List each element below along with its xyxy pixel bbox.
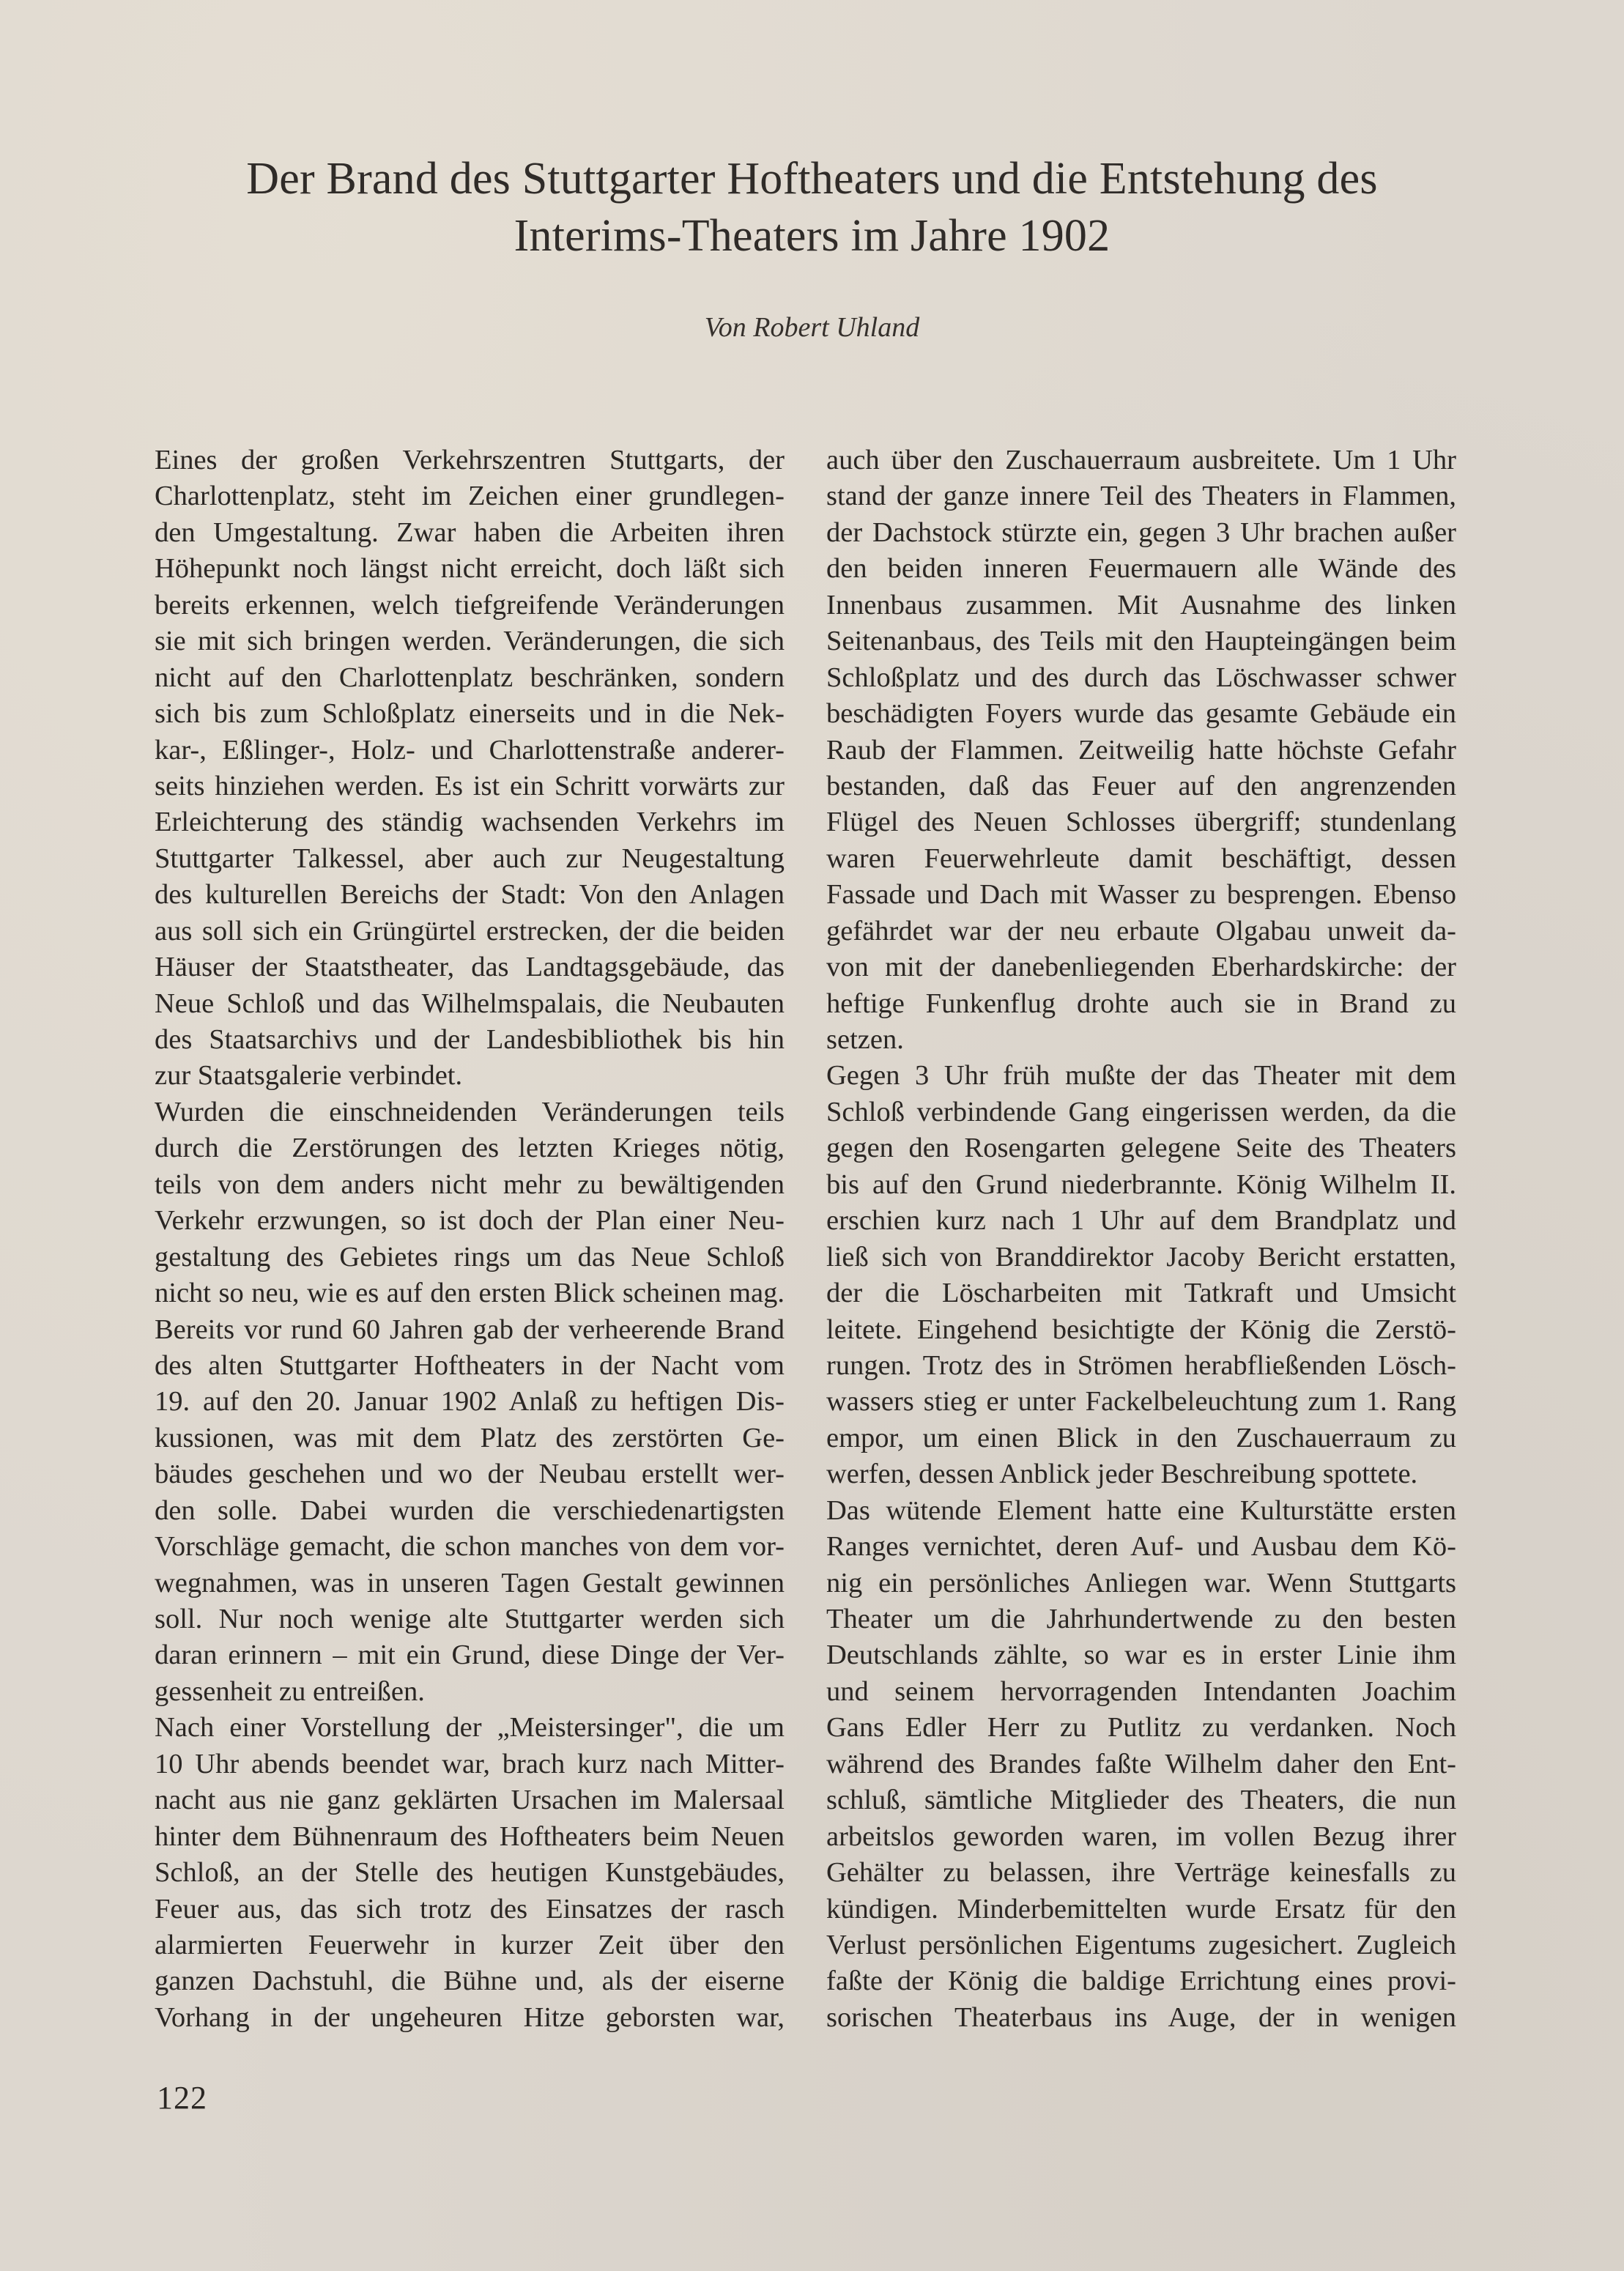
- text-line: Vorschläge gemacht, die schon manches vo…: [155, 1529, 785, 1565]
- text-line: gessenheit zu entreißen.: [155, 1674, 785, 1710]
- text-line: Häuser der Staatstheater, das Landtagsge…: [155, 949, 785, 985]
- text-line: nacht aus nie ganz geklärten Ursachen im…: [155, 1782, 785, 1818]
- left-text-column: Eines der großen Verkehrszentren Stuttga…: [155, 442, 785, 2036]
- text-line: Raub der Flammen. Zeitweilig hatte höchs…: [826, 733, 1456, 768]
- text-line: ganzen Dachstuhl, die Bühne und, als der…: [155, 1963, 785, 1999]
- text-line: Charlottenplatz, steht im Zeichen einer …: [155, 478, 785, 514]
- text-line: soll. Nur noch wenige alte Stuttgarter w…: [155, 1601, 785, 1637]
- text-line: schluß, sämtliche Mitglieder des Theater…: [826, 1782, 1456, 1818]
- text-line: Ranges vernichtet, deren Auf- und Ausbau…: [826, 1529, 1456, 1565]
- text-line: wegnahmen, was in unseren Tagen Gestalt …: [155, 1566, 785, 1601]
- article-title-line-2: Interims-Theaters im Jahre 1902: [110, 207, 1514, 264]
- text-line: Schloß, an der Stelle des heutigen Kunst…: [155, 1855, 785, 1891]
- text-line: 10 Uhr abends beendet war, brach kurz na…: [155, 1746, 785, 1782]
- text-line: Neue Schloß und das Wilhelmspalais, die …: [155, 986, 785, 1022]
- text-line: Wurden die einschneidenden Veränderungen…: [155, 1094, 785, 1130]
- text-line: alarmierten Feuerwehr in kurzer Zeit übe…: [155, 1927, 785, 1963]
- text-line: rungen. Trotz des in Strömen herabfließe…: [826, 1348, 1456, 1384]
- article-title-line-1: Der Brand des Stuttgarter Hoftheaters un…: [110, 150, 1514, 207]
- text-line: Deutschlands zählte, so war es in erster…: [826, 1637, 1456, 1673]
- text-line: sich bis zum Schloßplatz einerseits und …: [155, 696, 785, 732]
- text-line: sorischen Theaterbaus ins Auge, der in w…: [826, 2000, 1456, 2036]
- text-line: des Staatsarchivs und der Landesbiblioth…: [155, 1022, 785, 1058]
- text-line: gegen den Rosengarten gelegene Seite des…: [826, 1130, 1456, 1166]
- text-line: 19. auf den 20. Januar 1902 Anlaß zu hef…: [155, 1384, 785, 1420]
- text-line: faßte der König die baldige Errichtung e…: [826, 1963, 1456, 1999]
- text-line: beschädigten Foyers wurde das gesamte Ge…: [826, 696, 1456, 732]
- text-line: Schloß verbindende Gang eingerissen werd…: [826, 1094, 1456, 1130]
- magazine-page: Der Brand des Stuttgarter Hoftheaters un…: [0, 0, 1624, 2271]
- text-line: durch die Zerstörungen des letzten Krieg…: [155, 1130, 785, 1166]
- text-line: arbeitslos geworden waren, im vollen Bez…: [826, 1819, 1456, 1855]
- text-line: Verlust persönlichen Eigentums zugesiche…: [826, 1927, 1456, 1963]
- text-line: und seinem hervorragenden Intendanten Jo…: [826, 1674, 1456, 1710]
- text-line: aus soll sich ein Grüngürtel erstrecken,…: [155, 914, 785, 949]
- text-line: Vorhang in der ungeheuren Hitze geborste…: [155, 2000, 785, 2036]
- text-line: Stuttgarter Talkessel, aber auch zur Neu…: [155, 841, 785, 877]
- text-line: bereits erkennen, welch tiefgreifende Ve…: [155, 588, 785, 623]
- text-line: den solle. Dabei wurden die verschiedena…: [155, 1493, 785, 1529]
- text-line: kar-, Eßlinger-, Holz- und Charlottenstr…: [155, 733, 785, 768]
- text-line: waren Feuerwehrleute damit beschäftigt, …: [826, 841, 1456, 877]
- text-line: gefährdet war der neu erbaute Olgabau un…: [826, 914, 1456, 949]
- text-line: den beiden inneren Feuermauern alle Wänd…: [826, 551, 1456, 587]
- text-line: Gans Edler Herr zu Putlitz zu verdanken.…: [826, 1710, 1456, 1746]
- text-line: Höhepunkt noch längst nicht erreicht, do…: [155, 551, 785, 587]
- text-line: stand der ganze innere Teil des Theaters…: [826, 478, 1456, 514]
- text-line: kündigen. Minderbemittelten wurde Ersatz…: [826, 1892, 1456, 1927]
- text-line: nig ein persönliches Anliegen war. Wenn …: [826, 1566, 1456, 1601]
- text-line: daran erinnern – mit ein Grund, diese Di…: [155, 1637, 785, 1673]
- text-line: zur Staatsgalerie verbindet.: [155, 1058, 785, 1094]
- text-line: erschien kurz nach 1 Uhr auf dem Brandpl…: [826, 1203, 1456, 1239]
- text-line: nicht auf den Charlottenplatz beschränke…: [155, 660, 785, 696]
- text-line: Theater um die Jahrhundertwende zu den b…: [826, 1601, 1456, 1637]
- text-line: der die Löscharbeiten mit Tatkraft und U…: [826, 1275, 1456, 1311]
- text-line: Flügel des Neuen Schlosses übergriff; st…: [826, 804, 1456, 840]
- text-line: Feuer aus, das sich trotz des Einsatzes …: [155, 1892, 785, 1927]
- text-line: Gegen 3 Uhr früh mußte der das Theater m…: [826, 1058, 1456, 1094]
- text-line: empor, um einen Blick in den Zuschauerra…: [826, 1420, 1456, 1456]
- text-line: sie mit sich bringen werden. Veränderung…: [155, 623, 785, 659]
- text-line: Fassade und Dach mit Wasser zu besprenge…: [826, 877, 1456, 913]
- text-line: Schloßplatz und des durch das Löschwasse…: [826, 660, 1456, 696]
- text-line: Seitenanbaus, des Teils mit den Hauptein…: [826, 623, 1456, 659]
- text-line: bestanden, daß das Feuer auf den angrenz…: [826, 768, 1456, 804]
- text-line: heftige Funkenflug drohte auch sie in Br…: [826, 986, 1456, 1022]
- text-line: wassers stieg er unter Fackelbeleuchtung…: [826, 1384, 1456, 1420]
- text-line: werfen, dessen Anblick jeder Beschreibun…: [826, 1456, 1456, 1492]
- text-line: bis auf den Grund niederbrannte. König W…: [826, 1167, 1456, 1203]
- text-line: Gehälter zu belassen, ihre Verträge kein…: [826, 1855, 1456, 1891]
- page-number: 122: [157, 2079, 207, 2116]
- text-line: während des Brandes faßte Wilhelm daher …: [826, 1746, 1456, 1782]
- text-line: des kulturellen Bereichs der Stadt: Von …: [155, 877, 785, 913]
- text-line: Das wütende Element hatte eine Kulturstä…: [826, 1493, 1456, 1529]
- text-line: leitete. Eingehend besichtigte der König…: [826, 1312, 1456, 1348]
- text-line: kussionen, was mit dem Platz des zerstör…: [155, 1420, 785, 1456]
- text-line: gestaltung des Gebietes rings um das Neu…: [155, 1240, 785, 1275]
- article-title: Der Brand des Stuttgarter Hoftheaters un…: [110, 150, 1514, 264]
- article-byline: Von Robert Uhland: [0, 311, 1624, 344]
- text-line: Erleichterung des ständig wachsenden Ver…: [155, 804, 785, 840]
- text-line: Bereits vor rund 60 Jahren gab der verhe…: [155, 1312, 785, 1348]
- text-line: des alten Stuttgarter Hoftheaters in der…: [155, 1348, 785, 1384]
- text-line: bäudes geschehen und wo der Neubau erste…: [155, 1456, 785, 1492]
- text-line: der Dachstock stürzte ein, gegen 3 Uhr b…: [826, 515, 1456, 551]
- text-line: Eines der großen Verkehrszentren Stuttga…: [155, 442, 785, 478]
- text-line: Innenbaus zusammen. Mit Ausnahme des lin…: [826, 588, 1456, 623]
- text-line: ließ sich von Branddirektor Jacoby Beric…: [826, 1240, 1456, 1275]
- text-line: den Umgestaltung. Zwar haben die Arbeite…: [155, 515, 785, 551]
- text-line: Verkehr erzwungen, so ist doch der Plan …: [155, 1203, 785, 1239]
- text-line: von mit der danebenliegenden Eberhardski…: [826, 949, 1456, 985]
- text-line: seits hinziehen werden. Es ist ein Schri…: [155, 768, 785, 804]
- text-line: setzen.: [826, 1022, 1456, 1058]
- text-line: Nach einer Vorstellung der „Meistersinge…: [155, 1710, 785, 1746]
- text-line: teils von dem anders nicht mehr zu bewäl…: [155, 1167, 785, 1203]
- text-line: hinter dem Bühnenraum des Hoftheaters be…: [155, 1819, 785, 1855]
- text-line: nicht so neu, wie es auf den ersten Blic…: [155, 1275, 785, 1311]
- text-line: auch über den Zuschauerraum ausbreitete.…: [826, 442, 1456, 478]
- right-text-column: auch über den Zuschauerraum ausbreitete.…: [826, 442, 1456, 2036]
